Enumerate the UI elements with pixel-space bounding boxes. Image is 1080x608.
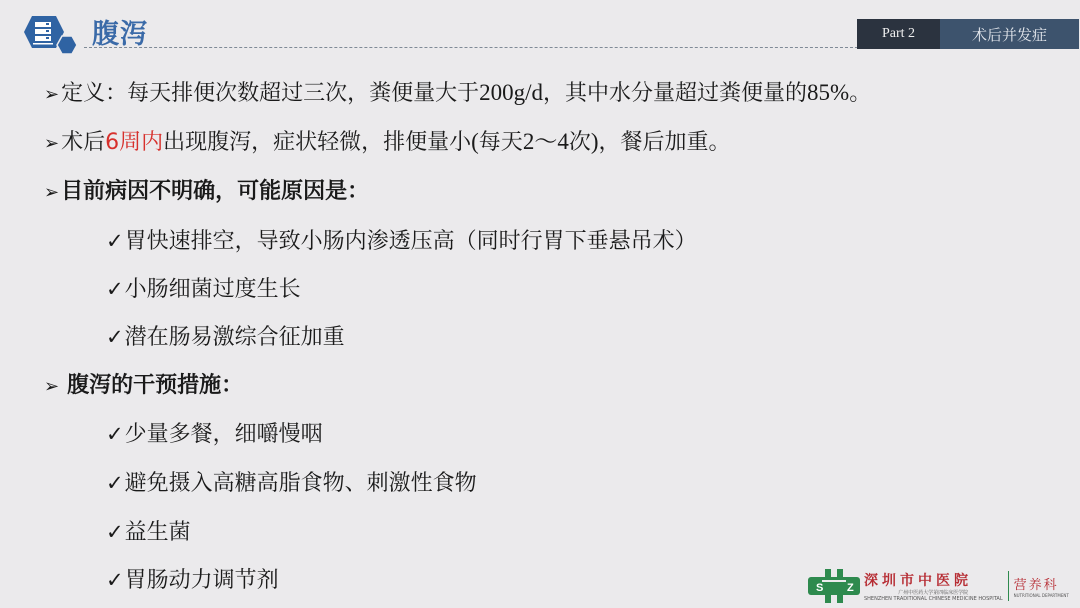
check-icon: ✓ (106, 568, 124, 592)
sz-cross-logo-icon: S Z (808, 569, 860, 603)
check-icon: ✓ (106, 277, 124, 301)
intervention-item: ✓避免摄入高糖高脂食物、刺激性食物 (106, 468, 477, 499)
department-name: 营养科 (1014, 574, 1069, 593)
cause-item: ✓潜在肠易激综合征加重 (106, 322, 345, 353)
svg-text:S: S (816, 582, 823, 594)
check-icon: ✓ (106, 325, 124, 349)
server-hexagon-icon (22, 14, 80, 56)
hospital-logo: S Z 深圳市中医院 广州中医药大学第四临床医学院 SHENZHEN TRADI… (808, 566, 1076, 606)
department-name-en: NUTRITIONAL DEPARTMENT (1014, 593, 1069, 598)
highlight-6-weeks: 6周内 (105, 130, 163, 155)
intervention-item: ✓胃肠动力调节剂 (106, 565, 279, 596)
page-title: 腹泻 (92, 12, 148, 51)
part-label: Part 2 (857, 19, 940, 49)
check-icon: ✓ (106, 229, 124, 253)
cause-item: ✓胃快速排空，导致小肠内渗透压高（同时行胃下垂悬吊术） (106, 226, 697, 257)
header-divider (84, 47, 858, 48)
hospital-name: 深圳市中医院 (864, 570, 1003, 590)
svg-text:Z: Z (847, 582, 854, 594)
check-icon: ✓ (106, 520, 124, 544)
arrow-bullet-icon: ➢ (44, 376, 59, 397)
bullet-cause-heading: ➢目前病因不明确，可能原因是： (44, 177, 369, 208)
intervention-item: ✓益生菌 (106, 517, 191, 548)
arrow-bullet-icon: ➢ (44, 133, 59, 154)
section-title: 术后并发症 (940, 19, 1079, 49)
arrow-bullet-icon: ➢ (44, 84, 59, 105)
bullet-onset: ➢术后6周内出现腹泻，症状轻微，排便量小(每天2～4次)，餐后加重。 (44, 127, 731, 159)
section-badge: Part 2 术后并发症 (857, 19, 1079, 49)
check-icon: ✓ (106, 471, 124, 495)
check-icon: ✓ (106, 422, 124, 446)
intervention-item: ✓少量多餐，细嚼慢咽 (106, 419, 323, 450)
bullet-definition: ➢定义：每天排便次数超过三次，粪便量大于200g/d，其中水分量超过粪便量的85… (44, 78, 871, 110)
hospital-subtitle-en: SHENZHEN TRADITIONAL CHINESE MEDICINE HO… (864, 596, 1003, 602)
intervention-heading: ➢腹泻的干预措施： (44, 371, 243, 402)
cause-item: ✓小肠细菌过度生长 (106, 274, 301, 305)
logo-divider (1008, 571, 1009, 601)
arrow-bullet-icon: ➢ (44, 182, 59, 203)
